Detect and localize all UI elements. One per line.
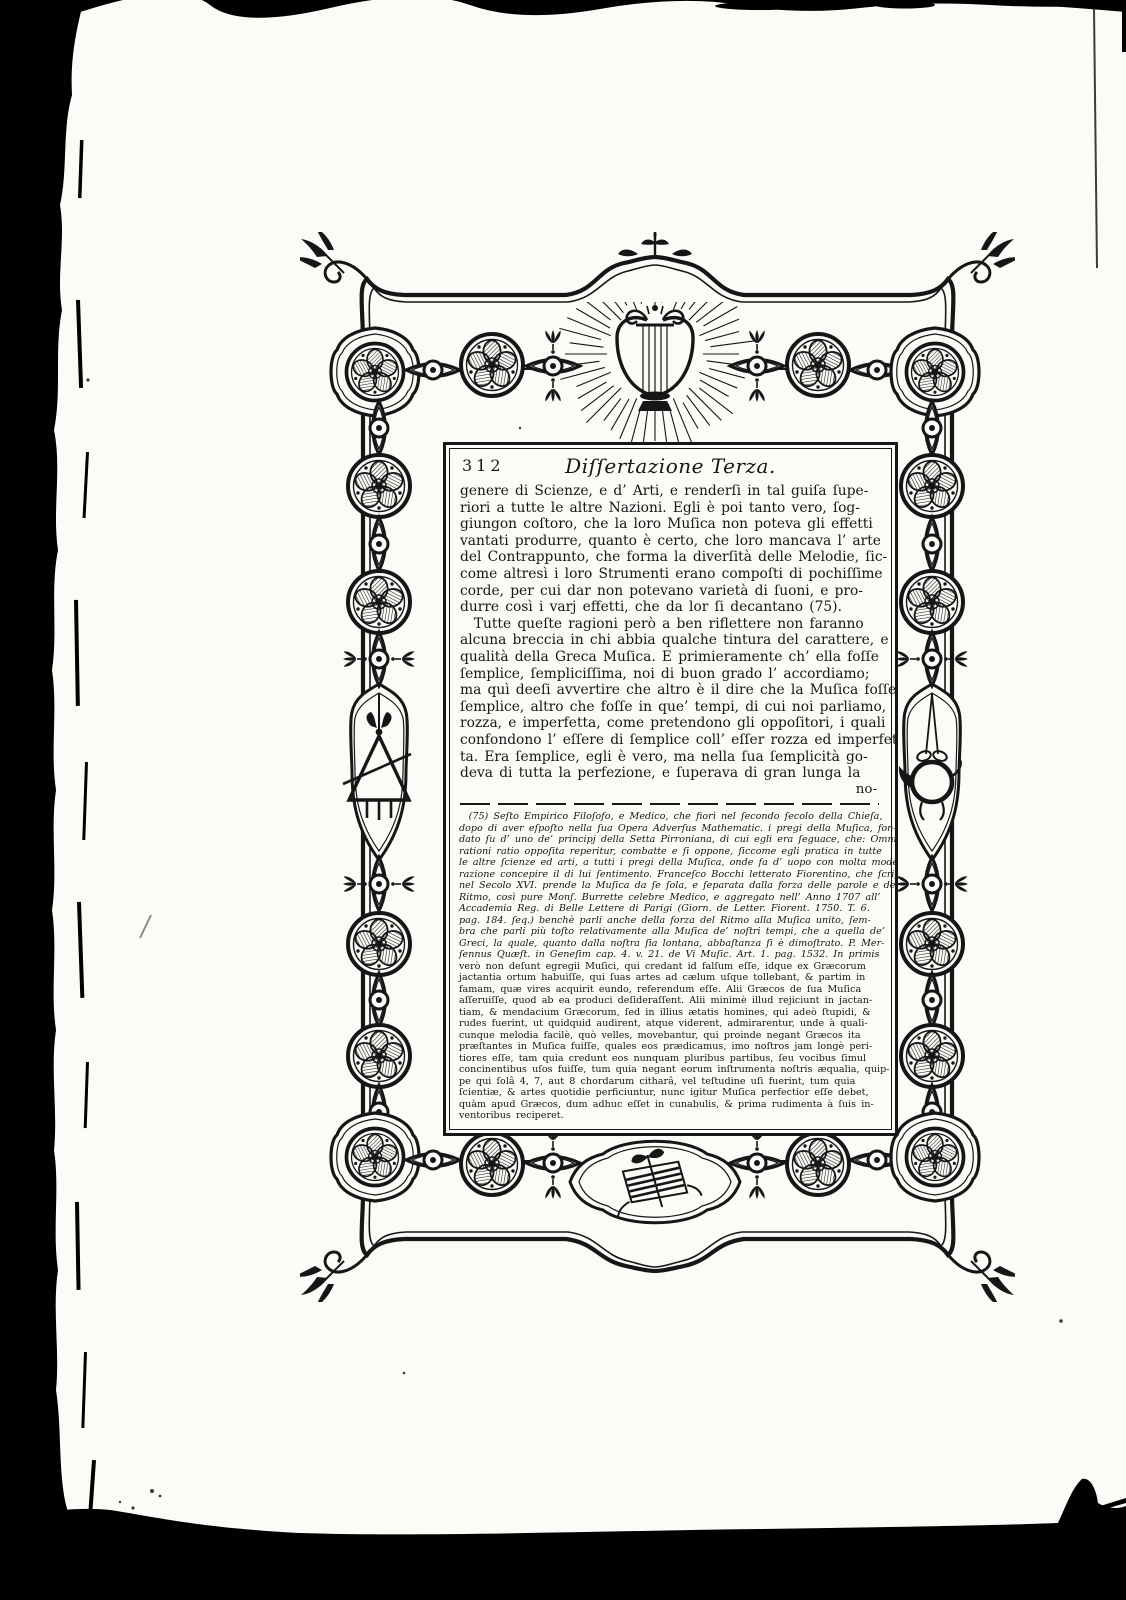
eye-link	[370, 401, 388, 455]
lyre-icon	[617, 305, 693, 411]
eye-link	[526, 330, 580, 402]
text-line: pag. 184. ſeq.) benchè parli anche della…	[459, 915, 882, 927]
eye-link	[370, 973, 388, 1027]
eye-link	[923, 517, 941, 571]
bottom-edge-shadow	[0, 1479, 1126, 1600]
text-line: pe qui ſolâ 4, 7, aut 8 chordarum cithar…	[459, 1076, 882, 1088]
hunting-horn-trophy	[899, 694, 961, 820]
text-line: come altresì i loro Strumenti erano comp…	[460, 566, 881, 583]
pencil-mark	[140, 915, 151, 938]
body-paragraph-2: Tutte queſte ragioni però a ben riflette…	[460, 616, 881, 782]
rose-medallion	[901, 913, 963, 975]
text-line: (75) Seſto Empirico Filoſofo, e Medico, …	[459, 811, 882, 823]
text-line: jactantia ortum habuiſſe, qui ſuas artes…	[459, 972, 882, 984]
eye-link	[526, 1127, 580, 1199]
rose-medallion	[348, 913, 410, 975]
eye-link	[406, 361, 460, 379]
text-line: rationi ratio oppoſita reperitur, combat…	[459, 846, 882, 858]
eye-link	[370, 1085, 388, 1139]
page-title: Diſſertazione Terza.	[460, 453, 881, 478]
text-line: ma quì deeſi avvertire che altro è il di…	[460, 682, 881, 699]
eye-link	[850, 361, 904, 379]
eye-link	[923, 401, 941, 455]
text-line: vantati produrre, quanto è certo, che lo…	[460, 533, 881, 550]
sunburst-rays	[559, 258, 754, 453]
page-frame: 312 Diſſertazione Terza. genere di Scien…	[443, 442, 898, 1136]
text-line: del Contrappunto, che forma la diverſità…	[460, 549, 881, 566]
text-line: cunque melodia facilè, quò velles, moveb…	[459, 1030, 882, 1042]
eye-link	[896, 632, 968, 686]
text-line: ventoribus reciperet.	[459, 1110, 882, 1122]
scanned-book-page: 312 Diſſertazione Terza. genere di Scien…	[0, 0, 1126, 1600]
text-line: deva di tutta la perfezione, e ſuperava …	[460, 765, 881, 782]
corner-rose-medallion	[891, 1113, 979, 1201]
text-line: nel Secolo XVI. prende la Muſica da ſe ſ…	[459, 880, 882, 892]
text-line: durre così i varj effetti, che da lor ſi…	[460, 599, 881, 616]
panpipes-cartouche	[570, 1141, 740, 1223]
eye-link	[343, 857, 415, 911]
body-paragraph-1: genere di Scienze, e d’ Arti, e renderſi…	[460, 483, 881, 616]
rose-medallion	[787, 334, 849, 396]
eye-link	[730, 330, 784, 402]
rose-medallion	[461, 334, 523, 396]
right-edge-shadow	[1122, 0, 1126, 52]
binding-crease	[1094, 8, 1097, 268]
footnote-rule	[460, 803, 879, 806]
text-line: ſennus Quæſt. in Geneſim cap. 4. v. 21. …	[459, 949, 882, 961]
eye-link	[343, 632, 415, 686]
text-line: corde, per cui dar non potevano varietà …	[460, 583, 881, 600]
panpipes-icon	[603, 1141, 701, 1220]
footnote-roman-section: verò non deſunt egregii Muſici, qui cred…	[459, 961, 882, 1122]
text-line: ſemplice, altro che foſſe in que’ tempi,…	[460, 699, 881, 716]
text-line: le altre ſcienze ed arti, a tutti i preg…	[459, 857, 882, 869]
text-line: rozza, e imperfetta, come pretendono gli…	[460, 715, 881, 732]
text-line: dopo di aver eſpoſto nella ſua Opera Adv…	[459, 823, 882, 835]
crown-finial-icon	[618, 232, 692, 257]
triangle-trophy	[343, 694, 411, 820]
text-line: quàm apud Græcos, dum adhuc eſſet in cun…	[459, 1099, 882, 1111]
rose-medallion	[787, 1133, 849, 1195]
text-line: confondono l’ eſſere di ſemplice coll’ e…	[460, 732, 881, 749]
text-line: Greci, la quale, quanto dalla noſtra ſia…	[459, 938, 882, 950]
text-line: concinentibus uſos fuiſſe, tum quia nega…	[459, 1064, 882, 1076]
text-line: verò non deſunt egregii Muſici, qui cred…	[459, 961, 882, 973]
text-line: genere di Scienze, e d’ Arti, e renderſi…	[460, 483, 881, 500]
text-line: giungon coſtoro, che la loro Muſica non …	[460, 516, 881, 533]
text-line: bra che parli più toſto relativamente al…	[459, 926, 882, 938]
text-line: famam, quæ vires acquirit eundo, referen…	[459, 984, 882, 996]
rose-medallion	[901, 571, 963, 633]
corner-rose-medallion	[331, 1113, 419, 1201]
text-line: Accademia Reg. di Belle Lettere di Parig…	[459, 903, 882, 915]
eye-link	[406, 1151, 460, 1169]
footnote-italic-section: (75) Seſto Empirico Filoſofo, e Medico, …	[459, 811, 882, 961]
text-line: dato ſu d’ uno de’ principj della Setta …	[459, 834, 882, 846]
page-number: 312	[462, 456, 505, 475]
text-line: razione concepire il di lui ſentimento. …	[459, 869, 882, 881]
text-line: ſemplice, ſempliciſſima, noi di buon gra…	[460, 666, 881, 683]
eye-link	[730, 1127, 784, 1199]
text-line: ſcientiæ, & artes quotidie perficiuntur,…	[459, 1087, 882, 1099]
catchword: no-	[446, 782, 877, 797]
text-line: rudes fuerint, ut quidquid audirent, atq…	[459, 1018, 882, 1030]
eye-link	[370, 517, 388, 571]
rose-medallion	[348, 455, 410, 517]
text-line: alcuna breccia in chi abbia qualche tint…	[460, 632, 881, 649]
text-line: qualità della Greca Muſica. E primierame…	[460, 649, 881, 666]
eye-link	[896, 857, 968, 911]
corner-rose-medallion	[891, 328, 979, 416]
corner-rose-medallion	[331, 328, 419, 416]
text-line: tiores eſſe, tam quia credunt eos nunqua…	[459, 1053, 882, 1065]
top-edge-shadow	[0, 0, 1126, 22]
text-line: aſſeruiſſe, quod ab ea produci deſideraſ…	[459, 995, 882, 1007]
text-line: riori a tutte le altre Nazioni. Egli è p…	[460, 500, 881, 517]
text-line: ta. Era ſemplice, egli è vero, ma nella …	[460, 749, 881, 766]
lyre-crest-icon	[647, 305, 663, 314]
text-line: Tutte queſte ragioni però a ben riflette…	[460, 616, 881, 633]
rose-medallion	[348, 1025, 410, 1087]
page-header: 312 Diſſertazione Terza.	[460, 453, 881, 480]
rose-medallion	[461, 1133, 523, 1195]
text-line: præſtantes in Muſica fuiſſe, quales eos …	[459, 1041, 882, 1053]
text-line: tiam, & mendacium Græcorum, ſed in illiu…	[459, 1007, 882, 1019]
eye-link	[923, 1085, 941, 1139]
rose-medallion	[901, 455, 963, 517]
text-line: Ritmo, così pure Monſ. Burrette celebre …	[459, 892, 882, 904]
rose-medallion	[348, 571, 410, 633]
eye-link	[850, 1151, 904, 1169]
eye-link	[923, 973, 941, 1027]
rose-medallion	[901, 1025, 963, 1087]
left-torn-edge	[0, 0, 98, 1555]
